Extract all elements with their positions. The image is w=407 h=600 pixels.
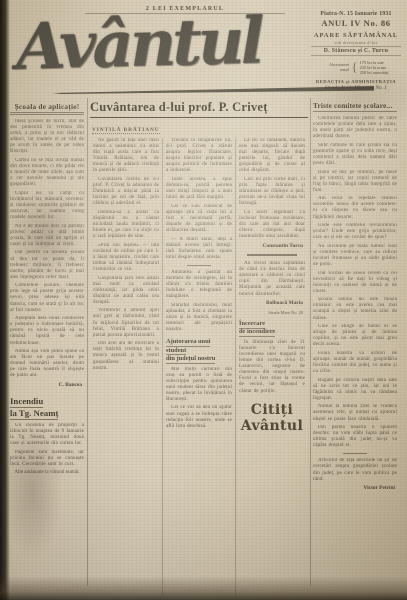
paragraph: Din partea noastră o spunem deschis: nu … [313,425,397,449]
main-col2-body-a: Trecând la înfăptuirile lui, d-l prof. C… [166,138,232,261]
paragraph: Rugăm pe cititorii noștri dela sate să n… [313,378,397,402]
newspaper-page: 2 LEI EXEMPLARUL Avântul Piatra-N. 15 Ia… [0,0,407,600]
fire-title-line2: la Tg. Neamț [10,408,58,420]
column-right: Triste comitete școlare... Cheltuirea ba… [313,102,397,588]
column-rule-2 [310,98,311,586]
right-article-title: Triste comitete școlare... [313,102,397,112]
dateline: Piatra-N. 15 Ianuarie 1931 [311,11,401,17]
student-appeal-title-line1: Ajutorarea unui student [166,338,210,355]
main-col-3: La cei ce rămânem, datoria este una sing… [235,138,308,596]
scan-edge-left [0,0,10,600]
thanks-note-signature: Bolboacă Maria [239,300,303,306]
paragraph: La cei ce rămânem, datoria este una sing… [239,138,305,175]
paragraph: Mai mulți cărturari din oraș au pornit o… [166,367,232,404]
paragraph: Domnia-sa a arătat că dispărutul nu a că… [93,210,159,240]
paragraph: Cu acest legământ s'a încheiat frumoasa … [239,210,305,240]
main-col-1: Ne găsim în fața unei mari dureri a neam… [90,138,162,596]
student-appeal-title-line2: din județul nostru [166,355,215,364]
arson-article-title: Încercare de incendiere [239,320,305,337]
paragraph: Școala satului nu este moșia nimănui: ea… [313,297,397,321]
main-subhead: VINTILĂ BRĂTIANU [92,127,160,134]
paragraph: Trecând la înfăptuirile lui, d-l prof. C… [166,138,232,175]
paragraph: Unde este controlul revizoratului școlar… [313,223,397,241]
main-article: Cuvântarea d-lui prof. P. Criveț VINTILĂ… [90,100,308,588]
subscription-block: Abonament anual { 175 lei la sate225 lei… [311,59,401,75]
arson-title-line1: Încercare [239,320,265,329]
office-label: REDACȚIA și ADMINISTRAȚIA [311,79,401,84]
paragraph: Foaia noastră va urmări de aproape, numă… [313,351,397,375]
paragraph: Pagubele sunt însemnate, iar pricina foc… [10,450,84,468]
paragraph: Toate acestea, a spus domnia-sa, poartă … [166,177,232,201]
paragraph: Am cerut în repetate rânduri socotelile … [313,196,397,220]
brace-glyph: { [351,59,357,75]
paragraph: Cuvântarea rostită de d-l prof. P. Crive… [93,177,159,207]
left-article-signature: C. Bancea [10,382,82,388]
paragraph: În dimineața zilei de 11 Ianuarie s'a în… [239,340,305,395]
paragraph: Cheltuirea banului public de către comit… [313,116,397,140]
paragraph: — A murit sărac, deși a mânuit averea ță… [166,237,232,261]
paragraph: Gospodăria țării cere astăzi mai mult ca… [93,276,159,306]
paragraph: Cei ce vor să dea un ajutor sunt rugați … [166,405,232,429]
thick-divider [247,254,297,256]
fire-article-body: Un incendiu de proporții a izbucnit în n… [10,423,84,468]
read-avantul-slogan: Citiți Avântul [239,402,305,434]
right-article-signature: Victor Petrini [313,485,395,491]
main-headline: Cuvântarea d-lui prof. P. Criveț [90,100,308,118]
main-col-2: Trecând la înfăptuirile lui, d-l prof. C… [162,138,235,596]
column-rule-1 [87,98,88,586]
paragraph: Ne găsim în fața unei mari dureri a neam… [93,138,159,175]
paragraph: Sfârșitul discursului, mult aplaudat, a … [166,303,232,333]
issue-info-block: Piatra-N. 15 Ianuarie 1931 ANUL IV No. 8… [311,11,401,91]
masthead-title: Avântul [15,0,317,90]
fire-title-line1: Incendiu [10,396,43,408]
paragraph: Cine se atinge de banul ei se atinge de … [313,324,397,348]
main-col1-body: Ne găsim în fața unei mari dureri a neam… [93,138,159,372]
main-columns: Ne găsim în fața unei mari dureri a neam… [90,138,308,596]
paragraph: Cei ce l-au cunoscut de aproape știu că … [166,204,232,234]
arson-article-body: În dimineața zilei de 11 Ianuarie s'a în… [239,340,305,395]
paragraph: Din acei ani de încercare a ieșit întări… [93,341,159,371]
thanks-note: Au trecut două săptămâni de când s'a des… [239,261,305,298]
paragraph: Cartea nu se mai învață numai din slove … [10,158,84,188]
frequency-line: APARE SĂPTĂMÂNAL [311,32,401,39]
paragraph: «Prin noi înșine» — iată cuvântul de ord… [93,243,159,273]
left-article-body: Ideia școalei de lucru, atât de des pome… [10,119,84,379]
column-left: Școala de aplicație! Ideia școalei de lu… [10,102,84,588]
subscription-rates: 175 lei la sate225 lei la orașe250 lei a… [360,60,389,75]
section-divider [343,453,367,454]
arson-title-line2: de incendiere [239,328,275,337]
thanks-note-address: Strada Mare No. 20 [239,310,303,315]
paragraph: Vorbitorul a amintit apoi anii grei ai r… [93,308,159,338]
section-divider [187,265,211,266]
paragraph: Un incendiu de proporții a izbucnit în n… [10,423,84,447]
student-appeal-body: Mai mulți cărturari din oraș au pornit o… [166,367,232,430]
direction-label: sub direcțiunea d-lor [311,40,401,45]
right-article-closing: Articolul de față deschide un șir de cer… [313,458,397,482]
main-article-signature: Constantin Turcu [239,243,303,249]
scan-edge-bottom [0,576,407,600]
fire-article-title: Incendiu la Tg. Neamț [10,395,84,419]
paragraph: Numai la lumina zilei se vindecă asemene… [313,404,397,422]
paragraph: Copiii ies la câmp cu învățătorul lor, m… [10,191,84,221]
paragraph: Numai așa vom putea spune că am făcut un… [10,349,84,379]
subscription-label: Abonament anual [323,62,349,72]
paragraph: Adunarea a păstrat un moment de reculege… [166,270,232,300]
fire-article-closing: Alte amănunte la viitorul număr. [10,470,84,475]
main-col3-body: La cei ce rămânem, datoria este una sing… [239,138,305,240]
paragraph: Așteptăm dela noua conducere a județului… [10,316,84,346]
main-col2-body-b: Adunarea a păstrat un moment de reculege… [166,270,232,333]
right-article-body: Cheltuirea banului public de către comit… [313,116,397,449]
paragraph: Nu e de mirare deci că părinții privesc … [10,224,84,248]
paragraph: Ideia școalei de lucru, atât de des pome… [10,119,84,156]
issue-number: ANUL IV No. 86 [311,18,401,28]
subscription-rate: 225 lei la orașe [360,65,389,70]
student-appeal-title: Ajutorarea unui student din județul nost… [166,338,232,363]
paragraph: Comitetele școlare, chemate prin lege să… [10,283,84,313]
paragraph: Nu învinuim pe toată lumea: sunt și comi… [313,244,397,268]
paragraph: Sunt comune în care școala stă cu geamur… [313,143,397,167]
paragraph: Căci nu prin vorbe mari, ci prin fapte m… [239,177,305,207]
subscription-rate: 250 lei autorități [360,70,389,75]
directors-line: D. Stănescu și C. Turcu [311,46,401,56]
left-article-title: Școala de aplicație! [10,102,84,115]
paragraph: Dar tocmai de aceea cerem ca cei nevredn… [313,271,397,295]
paragraph: Banii se duc pe drumuri, pe mese și pe c… [313,170,397,194]
paragraph: Dar pentru ca această școală să dea tot … [10,250,84,280]
